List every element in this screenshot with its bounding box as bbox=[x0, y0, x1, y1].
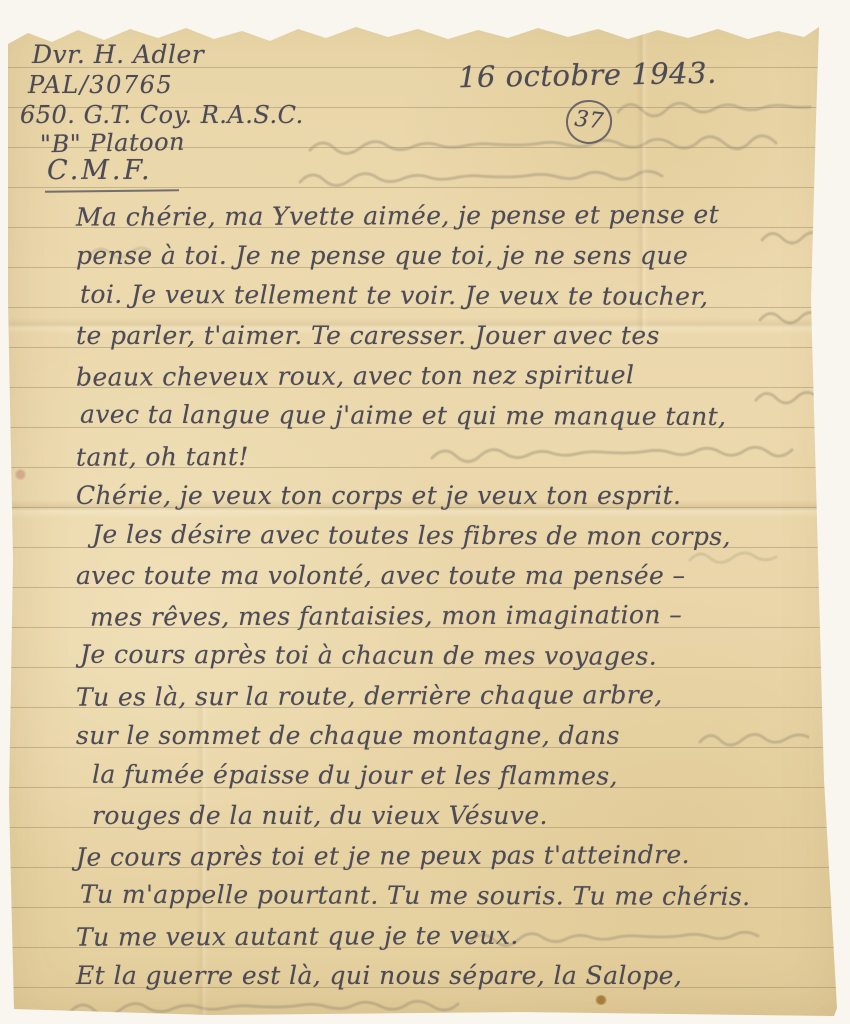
sender-unit: 650. G.T. Coy. R.A.S.C. bbox=[20, 101, 304, 129]
body-line: Je les désire avec toutes les fibres de … bbox=[92, 515, 836, 558]
letter-paper: Dvr. H. Adler PAL/30765 650. G.T. Coy. R… bbox=[0, 0, 850, 1024]
letter-body: Ma chérie, ma Yvette aimée, je pense et … bbox=[76, 196, 836, 996]
body-line: avec toute ma volonté, avec toute ma pen… bbox=[76, 556, 836, 596]
sender-platoon: "B" Platoon bbox=[40, 128, 185, 159]
body-line: Je cours après toi à chacun de mes voyag… bbox=[80, 635, 836, 678]
body-line: Je cours après toi et je ne peux pas t'a… bbox=[76, 834, 836, 877]
sender-service-number: PAL/30765 bbox=[28, 71, 173, 99]
body-line: Chérie, je veux ton corps et je veux ton… bbox=[76, 476, 836, 516]
body-line: toi. Je veux tellement te voir. Je veux … bbox=[80, 275, 836, 318]
body-line: Et la guerre est là, qui nous sépare, la… bbox=[76, 956, 836, 996]
body-line: pense à toi. Je ne pense que toi, je ne … bbox=[76, 236, 836, 276]
body-line: avec ta langue que j'aime et qui me manq… bbox=[80, 395, 836, 438]
body-line: Tu es là, sur la route, derrière chaque … bbox=[76, 674, 836, 717]
body-line: Tu me veux autant que je te veux. bbox=[76, 914, 836, 957]
body-line: Ma chérie, ma Yvette aimée, je pense et … bbox=[76, 194, 836, 237]
body-line: beaux cheveux roux, avec ton nez spiritu… bbox=[76, 354, 836, 397]
body-line: mes rêves, mes fantaisies, mon imaginati… bbox=[90, 594, 836, 637]
body-line: te parler, t'aimer. Te caresser. Jouer a… bbox=[76, 316, 836, 356]
body-line: Tu m'appelle pourtant. Tu me souris. Tu … bbox=[80, 875, 836, 918]
body-line: tant, oh tant! bbox=[76, 434, 836, 477]
sender-name: Dvr. H. Adler bbox=[32, 40, 204, 69]
body-line: la fumée épaisse du jour et les flammes, bbox=[92, 755, 836, 798]
body-line: rouges de la nuit, du vieux Vésuve. bbox=[92, 796, 836, 836]
letter-date: 16 octobre 1943. bbox=[458, 56, 717, 95]
scanned-letter-page: Dvr. H. Adler PAL/30765 650. G.T. Coy. R… bbox=[0, 0, 850, 1024]
body-line: sur le sommet de chaque montagne, dans bbox=[76, 716, 836, 756]
sender-theatre: C.M.F. bbox=[47, 155, 153, 186]
